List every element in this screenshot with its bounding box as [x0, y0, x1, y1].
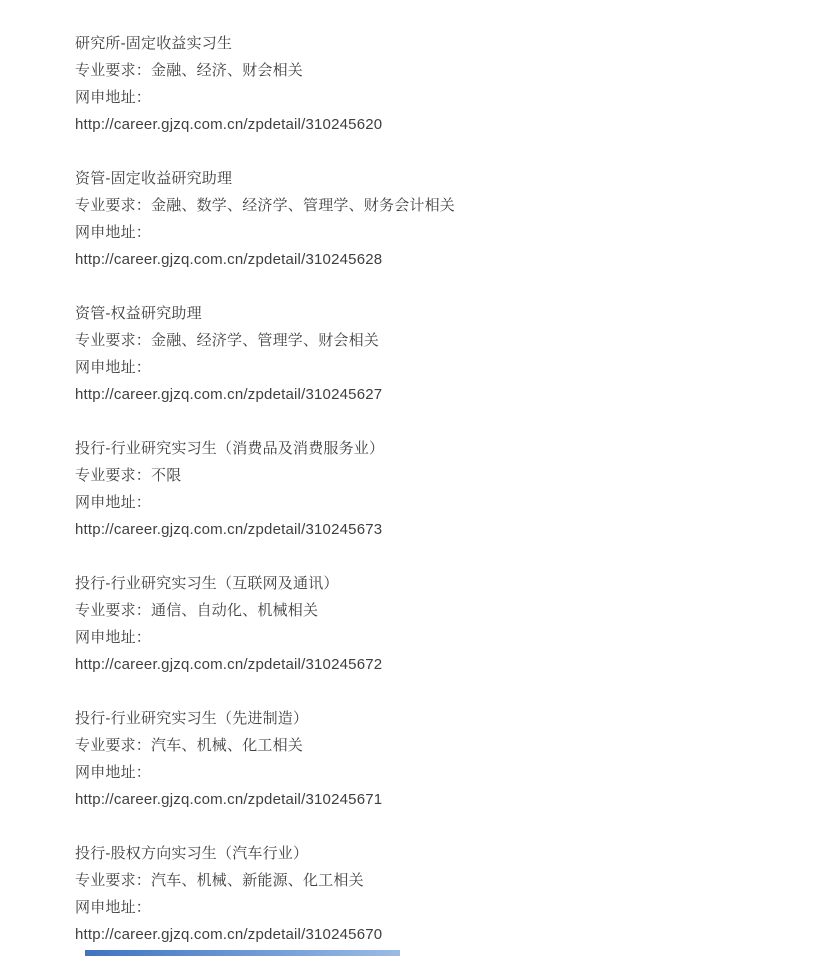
job-major-requirements: 专业要求：汽车、机械、化工相关 [75, 732, 765, 759]
job-title: 资管-权益研究助理 [75, 300, 765, 327]
job-major-requirements: 专业要求：金融、经济、财会相关 [75, 57, 765, 84]
job-major-requirements: 专业要求：汽车、机械、新能源、化工相关 [75, 867, 765, 894]
apply-url: http://career.gjzq.com.cn/zpdetail/31024… [75, 516, 765, 543]
apply-address-label: 网申地址： [75, 354, 765, 381]
apply-url: http://career.gjzq.com.cn/zpdetail/31024… [75, 921, 765, 948]
job-posting: 投行-行业研究实习生（消费品及消费服务业） 专业要求：不限 网申地址： http… [75, 435, 765, 543]
job-posting: 投行-行业研究实习生（先进制造） 专业要求：汽车、机械、化工相关 网申地址： h… [75, 705, 765, 813]
job-title: 投行-行业研究实习生（互联网及通讯） [75, 570, 765, 597]
job-major-requirements: 专业要求：金融、经济学、管理学、财会相关 [75, 327, 765, 354]
job-title: 投行-股权方向实习生（汽车行业） [75, 840, 765, 867]
partial-blue-divider-bar [85, 950, 400, 956]
apply-address-label: 网申地址： [75, 894, 765, 921]
job-posting: 资管-固定收益研究助理 专业要求：金融、数学、经济学、管理学、财务会计相关 网申… [75, 165, 765, 273]
job-title: 投行-行业研究实习生（消费品及消费服务业） [75, 435, 765, 462]
job-title: 资管-固定收益研究助理 [75, 165, 765, 192]
job-posting: 投行-股权方向实习生（汽车行业） 专业要求：汽车、机械、新能源、化工相关 网申地… [75, 840, 765, 948]
apply-url: http://career.gjzq.com.cn/zpdetail/31024… [75, 111, 765, 138]
job-title: 研究所-固定收益实习生 [75, 30, 765, 57]
apply-address-label: 网申地址： [75, 84, 765, 111]
apply-address-label: 网申地址： [75, 219, 765, 246]
apply-address-label: 网申地址： [75, 489, 765, 516]
job-posting: 投行-行业研究实习生（互联网及通讯） 专业要求：通信、自动化、机械相关 网申地址… [75, 570, 765, 678]
job-major-requirements: 专业要求：不限 [75, 462, 765, 489]
apply-address-label: 网申地址： [75, 759, 765, 786]
job-major-requirements: 专业要求：通信、自动化、机械相关 [75, 597, 765, 624]
job-major-requirements: 专业要求：金融、数学、经济学、管理学、财务会计相关 [75, 192, 765, 219]
job-listings-article: 研究所-固定收益实习生 专业要求：金融、经济、财会相关 网申地址： http:/… [75, 0, 765, 948]
apply-url: http://career.gjzq.com.cn/zpdetail/31024… [75, 786, 765, 813]
apply-address-label: 网申地址： [75, 624, 765, 651]
apply-url: http://career.gjzq.com.cn/zpdetail/31024… [75, 651, 765, 678]
apply-url: http://career.gjzq.com.cn/zpdetail/31024… [75, 246, 765, 273]
apply-url: http://career.gjzq.com.cn/zpdetail/31024… [75, 381, 765, 408]
job-title: 投行-行业研究实习生（先进制造） [75, 705, 765, 732]
job-posting: 研究所-固定收益实习生 专业要求：金融、经济、财会相关 网申地址： http:/… [75, 30, 765, 138]
job-posting: 资管-权益研究助理 专业要求：金融、经济学、管理学、财会相关 网申地址： htt… [75, 300, 765, 408]
